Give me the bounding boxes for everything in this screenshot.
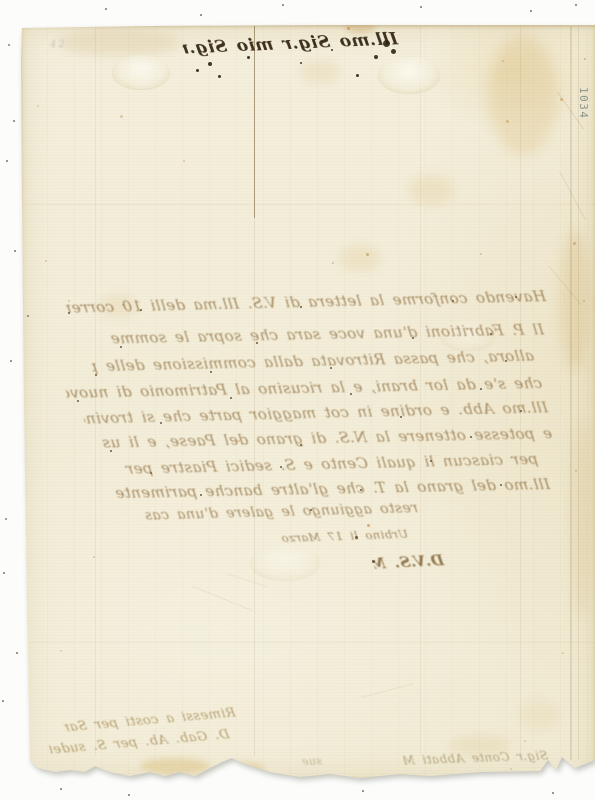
- ink-dot: [490, 333, 492, 335]
- stain-patch: [572, 420, 592, 620]
- ink-dot: [505, 360, 507, 362]
- ink-dot: [520, 410, 522, 412]
- ink-dot: [515, 296, 517, 298]
- fox-spot: [367, 524, 370, 527]
- scanned-letter-page: 42 1034 Ill.mo Sig.r mio Sig.r Oss.moHav…: [0, 0, 595, 800]
- fox-spot: [562, 652, 564, 654]
- ink-dot: [256, 342, 258, 344]
- fox-spot: [366, 253, 369, 256]
- stain-patch: [140, 758, 210, 774]
- ink-dot: [355, 536, 358, 539]
- stain-patch: [560, 230, 590, 370]
- fox-spot: [575, 470, 577, 472]
- ink-dot: [330, 367, 332, 369]
- body-7-handwriting: per ciascun li quali Cento e S. sedici P…: [119, 450, 539, 479]
- ink-dot: [150, 472, 152, 474]
- body-1-handwriting: Havendo conforme la lettera di V.S. Ill.…: [65, 287, 547, 317]
- paper-shadow-wrap: 42 1034 Ill.mo Sig.r mio Sig.r Oss.moHav…: [0, 0, 595, 800]
- fox-spot: [540, 13, 542, 15]
- ink-dot: [430, 460, 432, 462]
- ink-dot: [372, 560, 375, 563]
- crease-line: [22, 204, 595, 205]
- dust-speck: [6, 160, 8, 162]
- ink-dot: [110, 450, 112, 452]
- bottom-left-1-handwriting: Rimessi a costi per San: [63, 706, 237, 737]
- fox-spot: [510, 768, 512, 770]
- ink-blot: [391, 49, 396, 54]
- fox-spot: [332, 262, 334, 264]
- body-5-handwriting: Ill.mo Abb. e ordine in cot maggior part…: [83, 398, 549, 428]
- dust-speck: [60, 788, 62, 790]
- ink-blot: [218, 75, 221, 78]
- body-9-handwriting: resto aggiungo le galere d'una cassa: [145, 500, 419, 525]
- dust-speck: [8, 44, 10, 46]
- fox-spot: [120, 115, 123, 118]
- crease-line: [22, 642, 595, 643]
- dust-speck: [282, 4, 284, 6]
- ink-dot: [310, 509, 312, 511]
- ink-blot: [196, 69, 199, 72]
- body-8-handwriting: Ill.mo del grano la T. che gl'altre banc…: [81, 475, 551, 504]
- stain-patch: [408, 175, 454, 205]
- ink-dot: [480, 388, 482, 390]
- docket-header-handwriting: Ill.mo Sig.r mio Sig.r Oss.mo: [182, 29, 400, 60]
- stain-patch: [450, 735, 510, 755]
- crease-line: [520, 26, 521, 756]
- crease-line: [559, 171, 586, 220]
- fox-spot: [432, 13, 434, 15]
- fox-spot: [37, 105, 39, 107]
- fox-spot: [238, 440, 240, 442]
- dust-speck: [420, 6, 422, 8]
- ink-dot: [230, 397, 232, 399]
- fox-spot: [93, 556, 95, 558]
- crease-line: [570, 26, 572, 760]
- ink-blot: [331, 49, 333, 51]
- stain-patch: [520, 700, 560, 730]
- ink-blot: [356, 74, 359, 77]
- stain-patch: [300, 60, 340, 84]
- body-3-handwriting: allora, che passa Ritrovata dalla commis…: [91, 347, 535, 376]
- ink-dot: [280, 466, 282, 468]
- ink-dot: [400, 416, 402, 418]
- dust-speck: [362, 790, 364, 792]
- ink-dot: [140, 309, 142, 311]
- crease-line: [578, 26, 579, 760]
- stain-patch: [100, 295, 136, 317]
- dust-speck: [10, 360, 12, 362]
- dust-speck: [2, 700, 4, 702]
- fox-spot: [524, 740, 526, 742]
- dust-speck: [3, 572, 5, 574]
- fox-spot: [584, 58, 586, 60]
- ink-blot: [247, 56, 250, 59]
- crease-line: [361, 683, 414, 698]
- crease-line: [192, 586, 253, 611]
- crease-line: [254, 26, 255, 218]
- ink-dot: [210, 371, 212, 373]
- fox-spot: [560, 98, 563, 101]
- fox-spot: [45, 260, 47, 262]
- crease-line: [420, 26, 421, 756]
- dust-speck: [16, 652, 18, 654]
- ink-dot: [452, 300, 454, 302]
- bottom-left-2-handwriting: D. Gab. Ab. per S. sudetto: [49, 727, 231, 759]
- fox-spot: [183, 160, 185, 162]
- ink-dot: [95, 374, 97, 376]
- ink-blot: [208, 62, 212, 66]
- body-4-handwriting: che s'e da lor brani, e la ricusino al P…: [65, 374, 543, 403]
- ink-dot: [300, 444, 302, 446]
- signature-handwriting: D.V.S. M.: [373, 551, 446, 573]
- stain-patch: [340, 245, 380, 271]
- fox-spot: [573, 242, 576, 245]
- fox-spot: [506, 120, 509, 123]
- ink-dot: [412, 337, 414, 339]
- dust-speck: [105, 8, 107, 10]
- dust-speck: [13, 120, 15, 122]
- fox-spot: [347, 27, 350, 30]
- ink-blot: [383, 40, 390, 47]
- crease-line: [254, 218, 255, 756]
- date-line-handwriting: Urbino li 17 Marzo 1653.: [277, 527, 409, 546]
- emboss-mark: [250, 545, 320, 580]
- stain-patch: [60, 30, 180, 56]
- ink-dot: [120, 346, 122, 348]
- dust-speck: [5, 518, 7, 520]
- ink-blot: [374, 55, 378, 59]
- emboss-mark: [440, 320, 495, 350]
- dust-speck: [27, 315, 29, 317]
- ink-blot: [300, 62, 302, 64]
- ink-dot: [77, 400, 79, 402]
- fox-spot: [480, 253, 482, 255]
- fox-spot: [60, 650, 62, 652]
- ink-dot: [470, 436, 472, 438]
- dust-speck: [575, 4, 577, 6]
- dust-speck: [200, 14, 202, 16]
- dust-speck: [14, 250, 16, 252]
- stain-patch: [345, 18, 375, 34]
- ink-dot: [160, 422, 162, 424]
- ink-dot: [500, 484, 502, 486]
- ink-dot: [300, 306, 302, 308]
- fox-spot: [583, 300, 585, 302]
- bottom-right-frag-handwriting: sue: [293, 755, 323, 770]
- fox-spot: [68, 300, 70, 302]
- ink-dot: [350, 393, 352, 395]
- crease-line: [95, 26, 96, 756]
- emboss-mark: [112, 55, 170, 89]
- ink-dot: [360, 489, 362, 491]
- ink-dot: [200, 494, 202, 496]
- fox-spot: [502, 60, 504, 62]
- body-6-handwriting: e potesse ottenere la N.S. di grano del …: [101, 424, 553, 452]
- ink-dot: [68, 312, 70, 314]
- emboss-mark: [378, 57, 440, 93]
- stain-patch: [225, 762, 265, 774]
- stain-patch: [488, 35, 558, 155]
- dust-speck: [128, 794, 130, 796]
- fox-spot: [122, 304, 124, 306]
- paper-sheet: 42 1034 Ill.mo Sig.r mio Sig.r Oss.moHav…: [20, 25, 595, 780]
- dust-speck: [530, 10, 532, 12]
- dust-speck: [552, 792, 554, 794]
